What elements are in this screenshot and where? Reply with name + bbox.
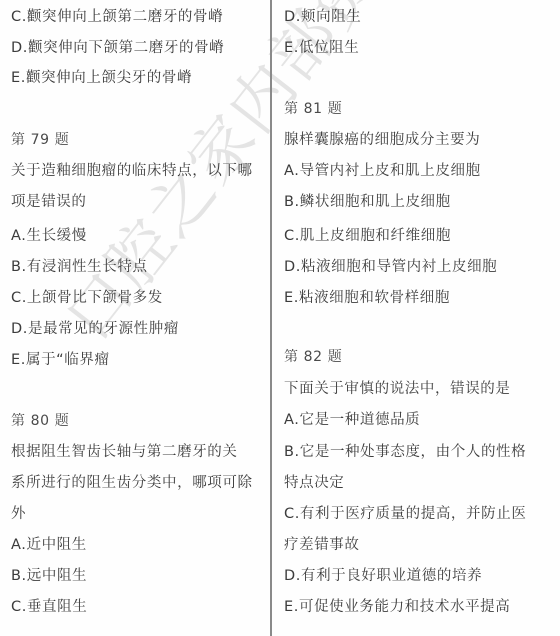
text-line: D.颊向阻生 bbox=[284, 8, 361, 26]
text-line: B.它是一种处事态度，由个人的性格 bbox=[284, 443, 526, 461]
text-line: A.近中阻生 bbox=[11, 536, 87, 554]
text-line: C.上颌骨比下颌骨多发 bbox=[11, 289, 163, 307]
question-number: 第 80 题 bbox=[11, 412, 69, 430]
text-line: C.肌上皮细胞和纤维细胞 bbox=[284, 227, 451, 245]
text-line: 下面关于审慎的说法中，错误的是 bbox=[284, 380, 511, 398]
text-line: D.颧突伸向下颌第二磨牙的骨嵴 bbox=[11, 39, 224, 57]
text-line: C.颧突伸向上颌第二磨牙的骨嵴 bbox=[11, 8, 223, 26]
text-line: D.粘液细胞和导管内衬上皮细胞 bbox=[284, 258, 497, 276]
text-line: A.导管内衬上皮和肌上皮细胞 bbox=[284, 162, 481, 180]
text-line: C.垂直阻生 bbox=[11, 598, 87, 616]
document-page: 口腔之家内部资料 C.颧突伸向上颌第二磨牙的骨嵴D.颧突伸向下颌第二磨牙的骨嵴E… bbox=[0, 0, 560, 636]
text-line: 疗差错事故 bbox=[284, 536, 360, 554]
text-line: E.属于“临界瘤 bbox=[11, 351, 110, 369]
text-line: 外 bbox=[11, 505, 26, 523]
text-line: B.鳞状细胞和肌上皮细胞 bbox=[284, 193, 451, 211]
text-line: C.有利于医疗质量的提高，并防止医 bbox=[284, 505, 526, 523]
text-line: B.远中阻生 bbox=[11, 567, 87, 585]
text-line: E.颧突伸向上颌尖牙的骨嵴 bbox=[11, 69, 192, 87]
column-divider bbox=[270, 0, 272, 636]
text-line: A.它是一种道德品质 bbox=[284, 411, 420, 429]
text-line: E.低位阻生 bbox=[284, 39, 359, 57]
question-number: 第 82 题 bbox=[284, 348, 342, 366]
text-line: A.生长缓慢 bbox=[11, 227, 87, 245]
text-line: E.粘液细胞和软骨样细胞 bbox=[284, 289, 450, 307]
text-line: D.有利于良好职业道德的培养 bbox=[284, 567, 482, 585]
text-line: 腺样囊腺癌的细胞成分主要为 bbox=[284, 131, 480, 149]
text-line: 项是错误的 bbox=[11, 193, 87, 211]
question-number: 第 79 题 bbox=[11, 131, 69, 149]
text-line: E.可促使业务能力和技术水平提高 bbox=[284, 598, 510, 616]
question-number: 第 81 题 bbox=[284, 100, 342, 118]
text-line: 关于造釉细胞瘤的临床特点，以下哪 bbox=[11, 162, 253, 180]
text-line: 系所进行的阻生齿分类中，哪项可除 bbox=[11, 474, 253, 492]
text-line: D.是最常见的牙源性肿瘤 bbox=[11, 320, 179, 338]
text-line: B.有浸润性生长特点 bbox=[11, 258, 148, 276]
text-line: 特点决定 bbox=[284, 474, 344, 492]
text-line: 根据阻生智齿长轴与第二磨牙的关 bbox=[11, 443, 238, 461]
